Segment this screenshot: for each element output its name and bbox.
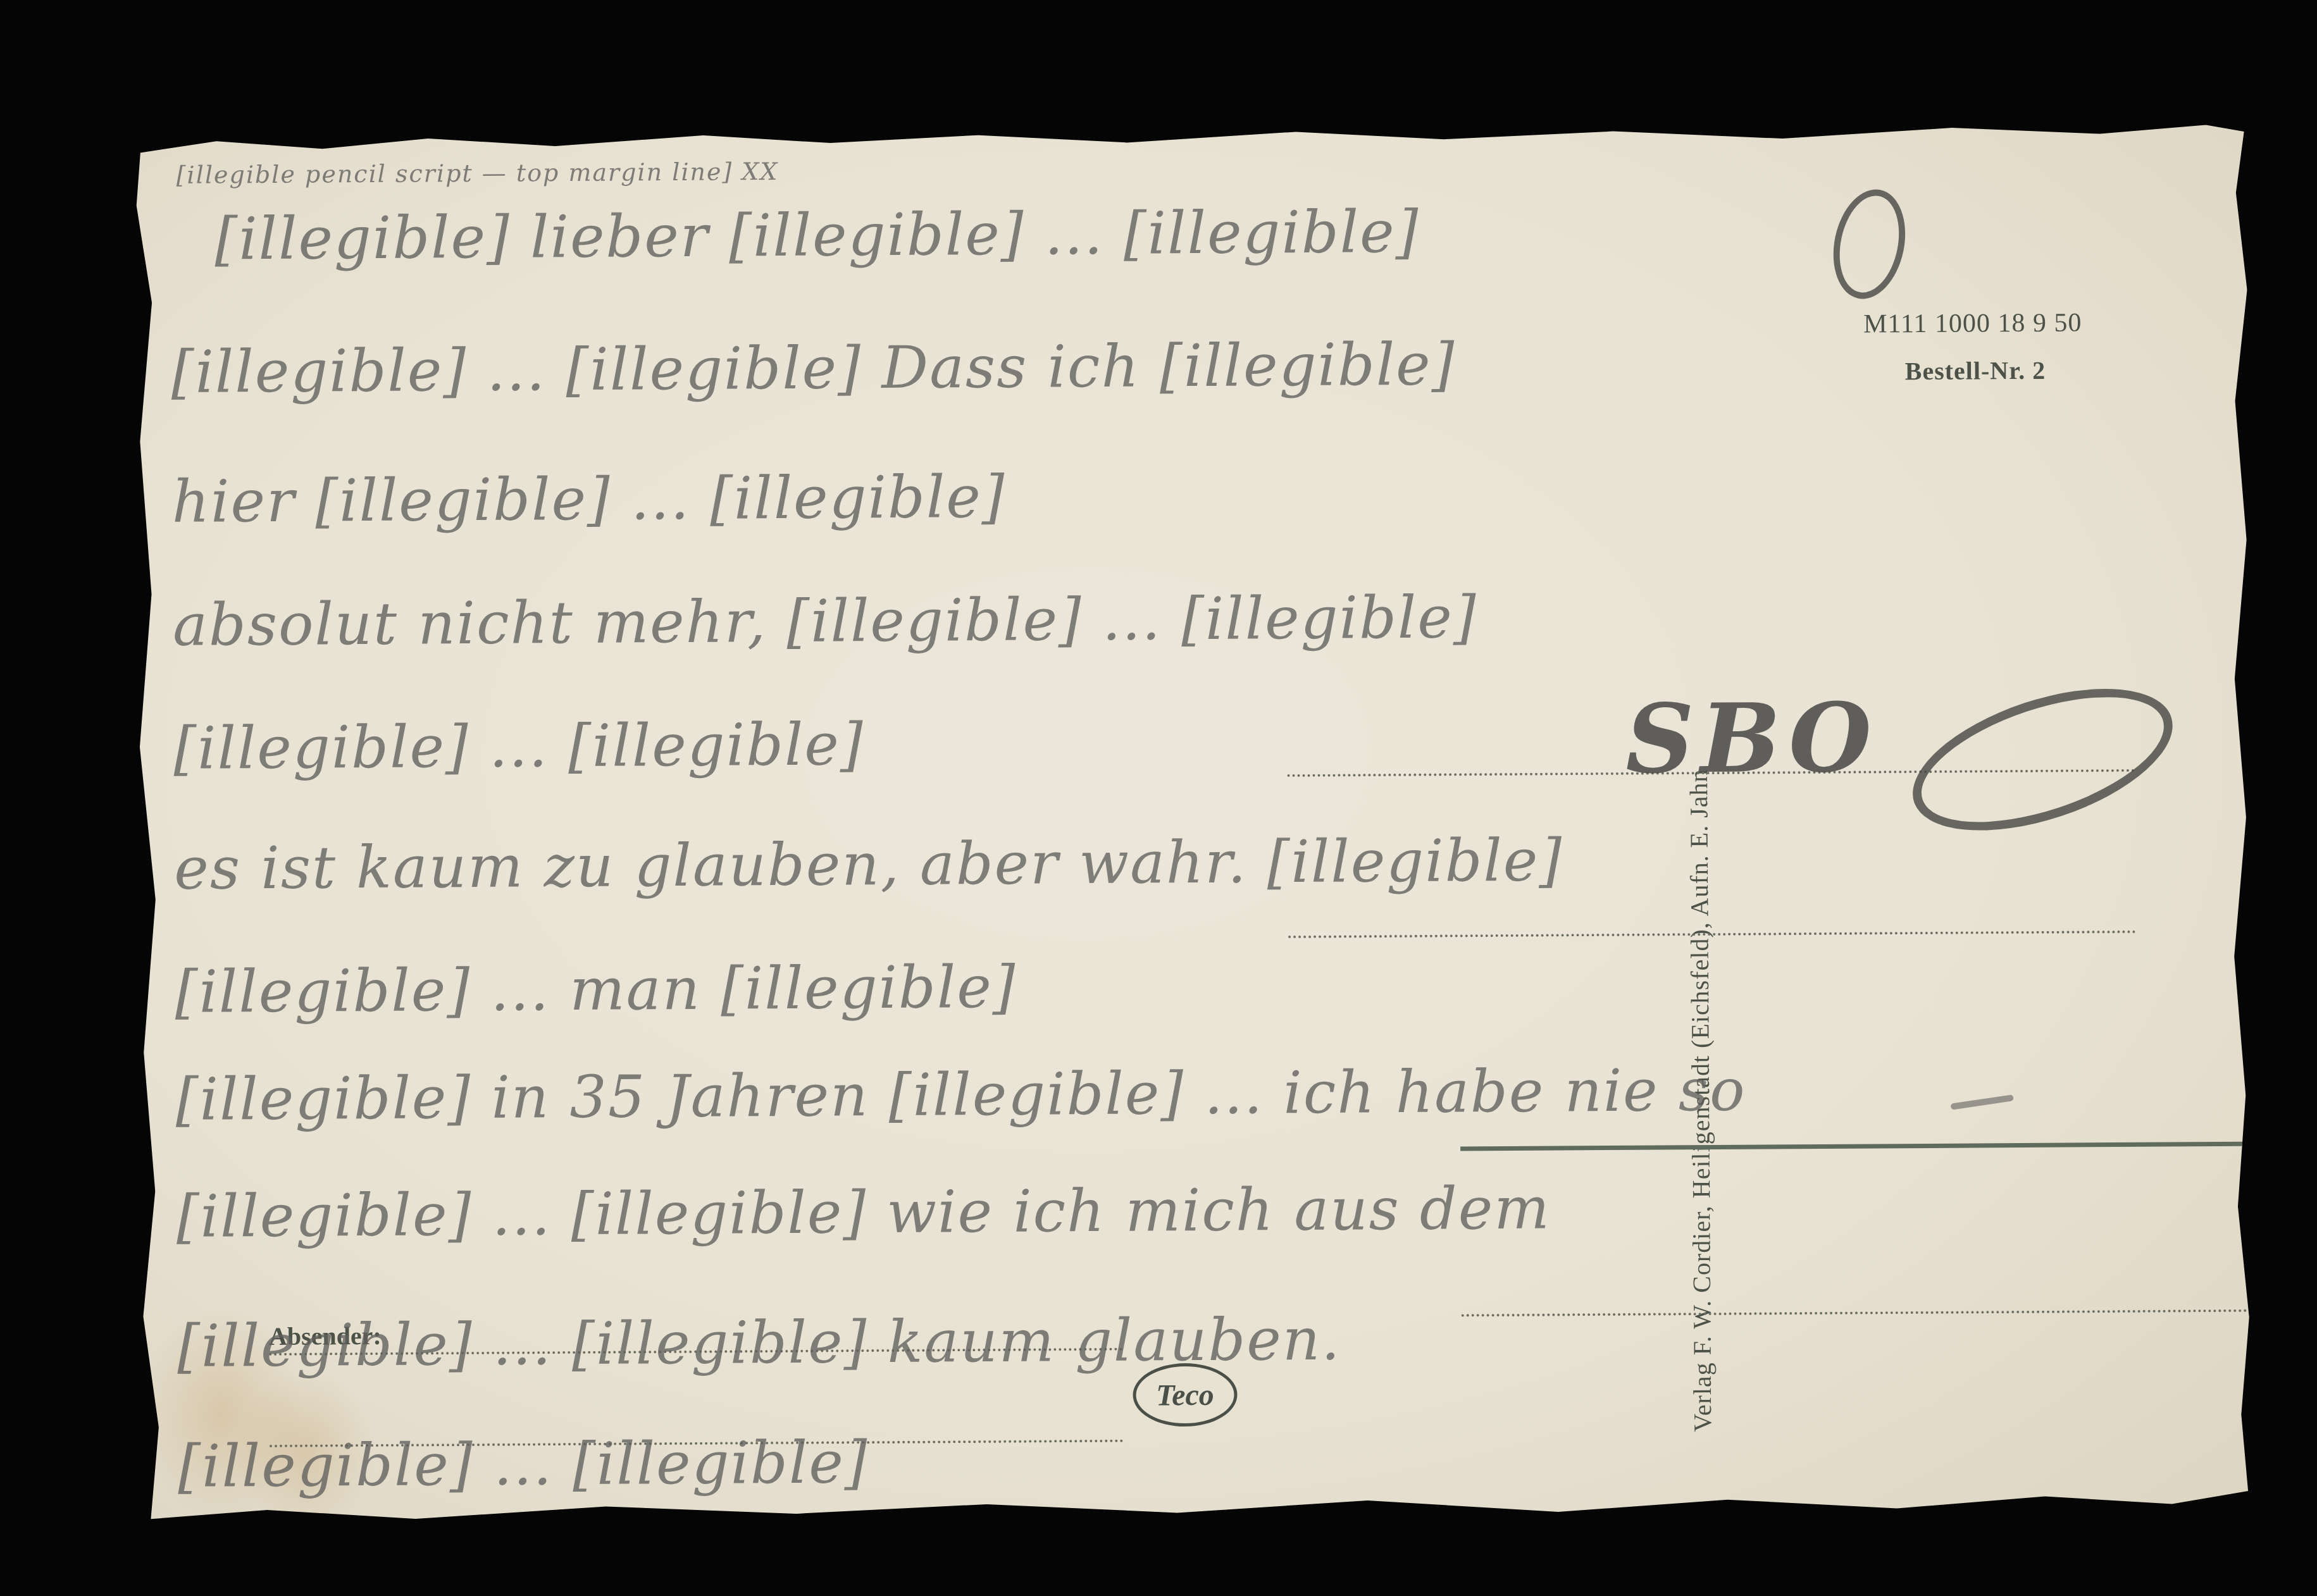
handwriting-line: [illegible] ... [illegible] Dass ich [il…	[171, 330, 1456, 405]
handwriting-line: [illegible] ... [illegible] kaum glauben…	[177, 1306, 1341, 1380]
handwriting-line: [illegible pencil script — top margin li…	[177, 158, 779, 189]
handwriting-line: [illegible] ... [illegible]	[173, 710, 864, 783]
handwriting-line: [illegible] ... [illegible] wie ich mich…	[176, 1175, 1550, 1251]
handwriting-line: [illegible] ... [illegible]	[178, 1428, 869, 1500]
postcard: M111 1000 18 9 50 Bestell-Nr. 2 Verlag F…	[132, 123, 2256, 1525]
underline-stroke	[1951, 1094, 2014, 1110]
print-publisher: Verlag F. W. Cordier, Heiligenstadt (Eic…	[1681, 356, 1717, 1432]
handwriting-line: absolut nicht mehr, [illegible] ... [ill…	[173, 583, 1477, 659]
sbo-mark: SBO	[1625, 682, 1879, 795]
handwriting-line: [illegible] lieber [illegible] ... [ille…	[214, 198, 1420, 273]
handwriting-line: es ist kaum zu glauben, aber wahr. [ille…	[174, 826, 1563, 902]
circled-zero-mark	[1824, 183, 1915, 306]
print-serial: M111 1000 18 9 50	[1863, 307, 2082, 339]
logo-text: Teco	[1156, 1377, 1214, 1413]
sbo-ring	[1896, 660, 2190, 858]
handwriting-line: hier [illegible] ... [illegible]	[172, 463, 1006, 536]
print-order-number: Bestell-Nr. 2	[1905, 356, 2046, 386]
handwriting-line: [illegible] in 35 Jahren [illegible] ...…	[175, 1056, 1746, 1134]
address-line-3	[1460, 1142, 2248, 1151]
handwriting-line: [illegible] ... man [illegible]	[175, 953, 1017, 1026]
address-line-4	[1462, 1309, 2252, 1317]
